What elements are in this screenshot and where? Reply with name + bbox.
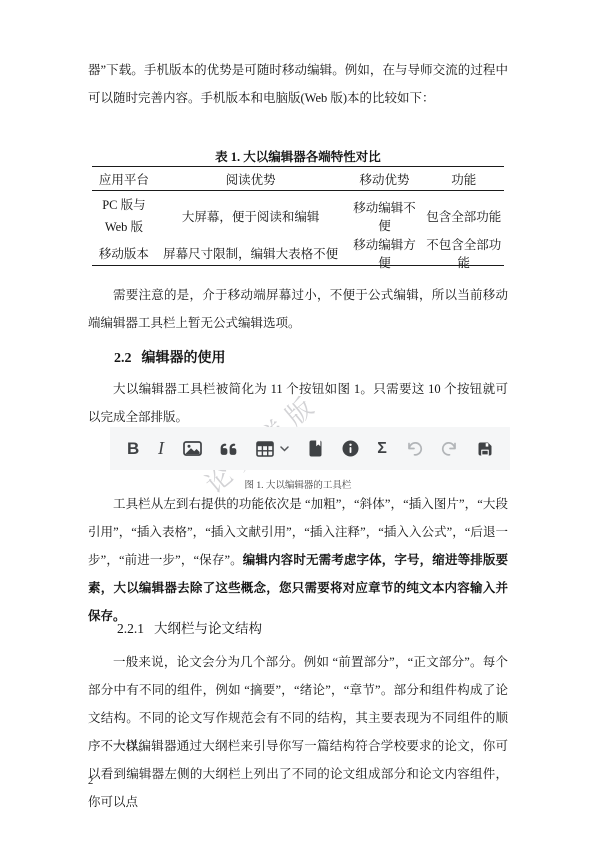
paragraph-note: 需要注意的是，介于移动端屏幕过小，不便于公式编辑，所以当前移动端编辑器工具栏上暂… [88, 281, 508, 337]
table-cell-platform: 移动版本 [92, 244, 156, 262]
comparison-table: 应用平台 阅读优势 移动优势 功能 PC 版与 Web 版 大屏幕，便于阅读和编… [92, 166, 504, 266]
table-row: PC 版与 Web 版 大屏幕，便于阅读和编辑 移动编辑不便 包含全部功能 [92, 191, 504, 240]
paragraph-outline-bar: 大以编辑器通过大纲栏来引导你写一篇结构符合学校要求的论文，你可以看到编辑器左侧的… [88, 732, 508, 816]
section-number: 2.2 [114, 351, 132, 366]
paragraph-version-comparison: 器”下载。手机版本的优势是可随时移动编辑。例如，在与导师交流的过程中可以随时完善… [88, 56, 508, 112]
figure-caption: 图 1. 大以编辑器的工具栏 [88, 477, 508, 491]
insert-citation-icon [308, 440, 323, 457]
redo-icon [441, 442, 458, 456]
document-page: 论文样版 器”下载。手机版本的优势是可随时移动编辑。例如，在与导师交流的过程中可… [0, 0, 595, 842]
cell-line: PC 版与 [94, 194, 154, 216]
page-number: 2 [88, 776, 93, 787]
bold-icon: B [127, 439, 139, 459]
chevron-down-icon [280, 446, 289, 452]
table-cell-platform: PC 版与 Web 版 [92, 194, 156, 238]
section-heading-2-2: 2.2编辑器的使用 [114, 347, 226, 367]
editor-toolbar-figure: B I [110, 427, 510, 470]
column-header: 移动优势 [345, 170, 423, 188]
section-title: 编辑器的使用 [142, 351, 226, 366]
table-cell: 不包含全部功能 [424, 235, 504, 271]
cell-line: Web 版 [94, 216, 154, 238]
table-row: 移动版本 屏幕尺寸限制，编辑大表格不便 移动编辑方便 不包含全部功能 [92, 240, 504, 265]
table-cell: 大屏幕，便于阅读和编辑 [156, 207, 346, 225]
column-header: 应用平台 [92, 170, 156, 188]
table-cell: 移动编辑不便 [345, 198, 423, 234]
section-number: 2.2.1 [117, 621, 144, 636]
table-cell: 移动编辑方便 [345, 235, 423, 271]
save-icon [477, 441, 493, 457]
section-title: 大纲栏与论文结构 [154, 621, 262, 636]
paragraph-toolbar-description: 工具栏从左到右提供的功能依次是 “加粗”，“斜体”，“插入图片”，“大段引用”，… [88, 490, 508, 630]
undo-icon [406, 442, 423, 456]
table-cell: 包含全部功能 [424, 207, 504, 225]
table-header-row: 应用平台 阅读优势 移动优势 功能 [92, 167, 504, 191]
section-heading-2-2-1: 2.2.1大纲栏与论文结构 [117, 617, 262, 637]
insert-table-icon [256, 441, 289, 457]
blockquote-icon [220, 442, 237, 456]
insert-note-info-icon [342, 440, 359, 457]
insert-image-icon [183, 440, 202, 457]
table-title: 表 1. 大以编辑器各端特性对比 [88, 147, 508, 165]
column-header: 阅读优势 [156, 170, 346, 188]
column-header: 功能 [424, 170, 504, 188]
insert-formula-icon: Σ [377, 440, 387, 458]
table-cell: 屏幕尺寸限制，编辑大表格不便 [156, 244, 346, 262]
italic-icon: I [158, 438, 164, 459]
